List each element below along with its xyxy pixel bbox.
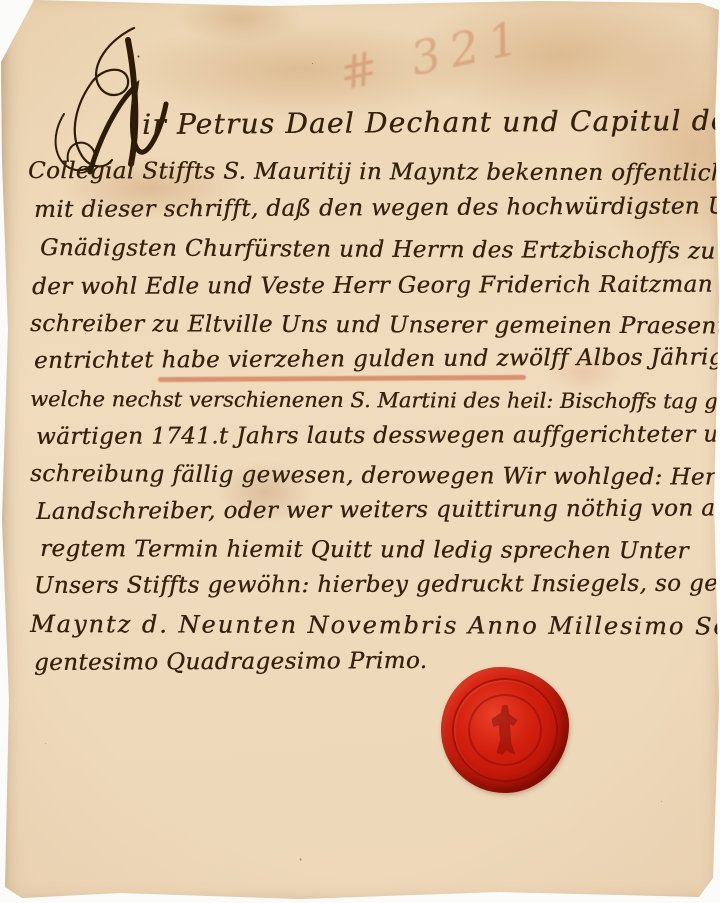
seal-emblem-figure: [491, 705, 519, 755]
manuscript-line: Collegial Stiffts S. Mauritij in Mayntz …: [28, 158, 720, 186]
manuscript-line: ir Petrus Dael Dechant und Capitul des: [142, 104, 720, 141]
ink-specks: [0, 0, 3, 3]
manuscript-line: schreiber zu Eltville Uns und Unserer ge…: [30, 311, 720, 340]
manuscript-line: schreibung fällig gewesen, derowegen Wir…: [30, 461, 720, 491]
red-chalk-underline: [158, 375, 526, 382]
manuscript-line: regtem Termin hiemit Quitt und ledig spr…: [40, 536, 689, 564]
manuscript-line: wärtigen 1741.t Jahrs lauts desswegen au…: [36, 421, 720, 450]
manuscript-line: entrichtet habe vierzehen gulden und zwö…: [34, 344, 720, 374]
manuscript-line: Gnädigsten Churfürsten und Herrn des Ert…: [40, 235, 720, 265]
manuscript-line: Unsers Stiffts gewöhn: hierbey gedruckt …: [34, 570, 720, 599]
archival-chalk-annotation: # 321: [334, 9, 532, 102]
manuscript-line: mit dieser schrifft, daß den wegen des h…: [34, 193, 720, 223]
red-wax-seal-icon: [441, 667, 569, 793]
manuscript-line: Landschreiber, oder wer weiters quittiru…: [36, 495, 720, 525]
manuscript-line: welche nechst verschienenen S. Martini d…: [30, 387, 720, 414]
manuscript-line: der wohl Edle und Veste Herr Georg Fride…: [32, 271, 720, 300]
manuscript-paper: # 321 ir Petrus Dael Dechant und Capitul…: [0, 0, 720, 903]
manuscript-line: Mayntz d. Neunten Novembris Anno Millesi…: [30, 610, 720, 641]
manuscript-line: gentesimo Quadragesimo Primo.: [34, 648, 428, 676]
